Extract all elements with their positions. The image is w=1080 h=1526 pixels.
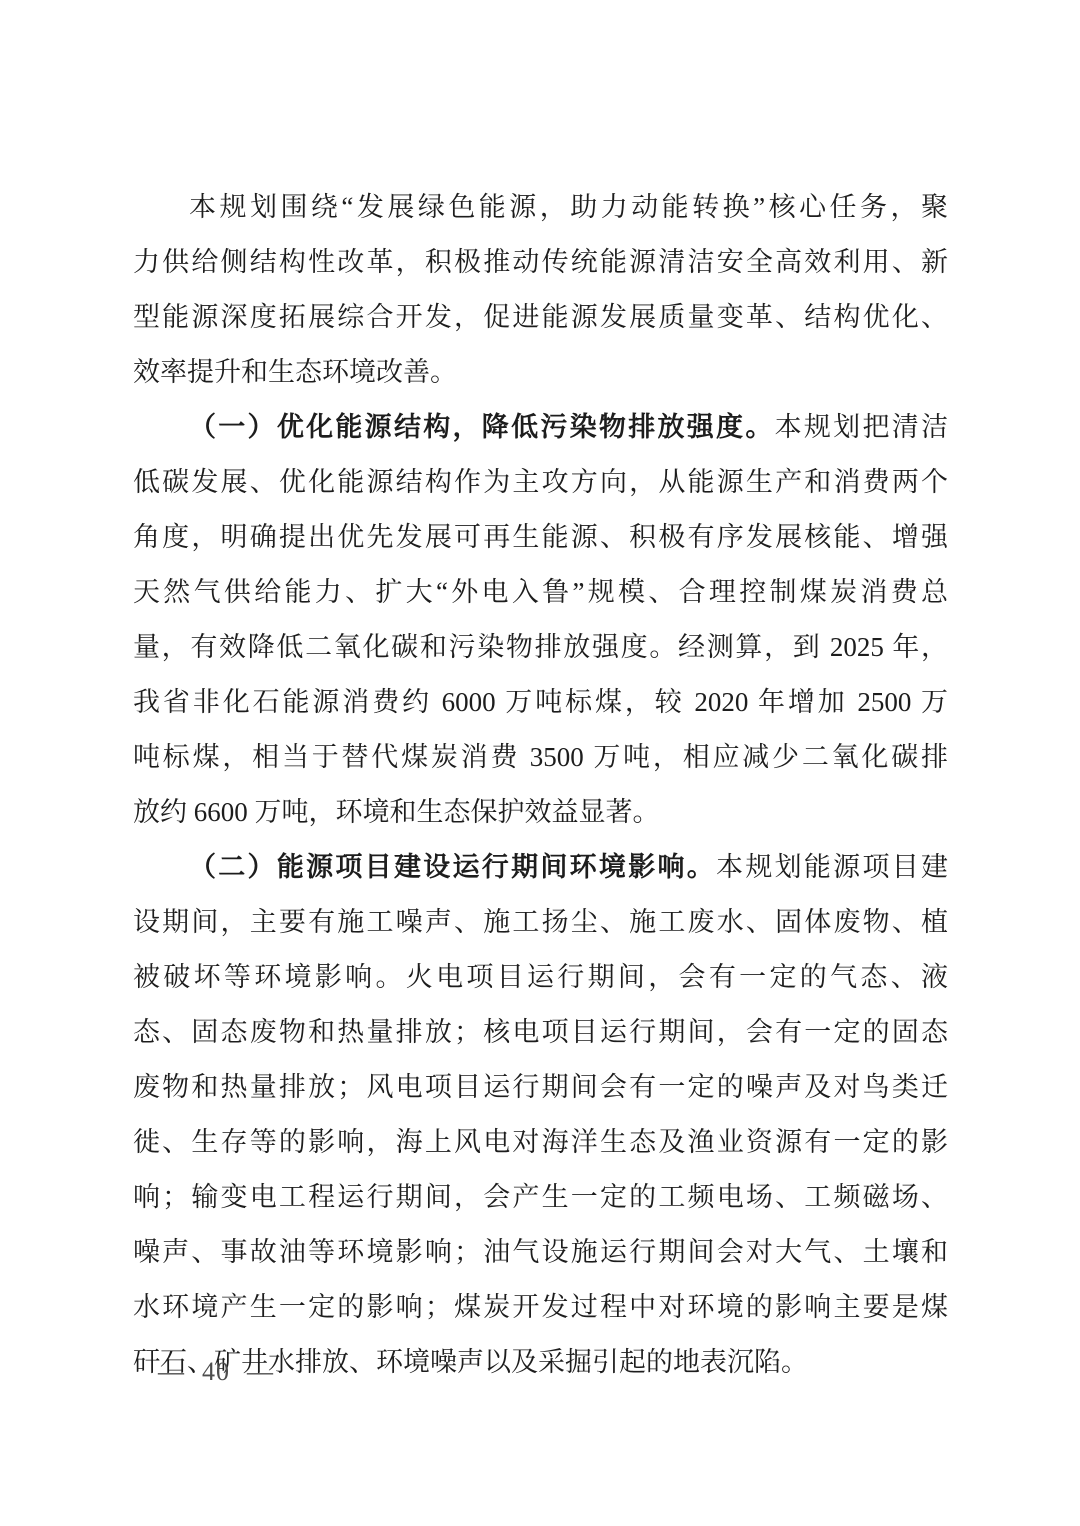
section-heading-line: （二）能源项目建设运行期间环境影响。本规划能源项目建 (133, 840, 948, 895)
text-line: 本规划围绕“发展绿色能源，助力动能转换”核心任务，聚 (133, 180, 948, 235)
text-line: 被破坏等环境影响。火电项目运行期间，会有一定的气态、液 (133, 950, 948, 1005)
line-text: 设期间，主要有施工噪声、施工扬尘、施工废水、固体废物、植 (133, 907, 948, 937)
text-line: 型能源深度拓展综合开发，促进能源发展质量变革、结构优化、 (133, 290, 948, 345)
text-line: 徙、生存等的影响，海上风电对海洋生态及渔业资源有一定的影 (133, 1115, 948, 1170)
line-text: 角度，明确提出优先发展可再生能源、积极有序发展核能、增强 (133, 522, 948, 552)
page-footer: —40— (158, 1352, 274, 1392)
line-text: 型能源深度拓展综合开发，促进能源发展质量变革、结构优化、 (133, 302, 948, 332)
text-line: 量，有效降低二氧化碳和污染物排放强度。经测算，到 2025 年， (133, 620, 948, 675)
document-page: 本规划围绕“发展绿色能源，助力动能转换”核心任务，聚 力供给侧结构性改革，积极推… (0, 0, 1080, 1526)
line-text: 被破坏等环境影响。火电项目运行期间，会有一定的气态、液 (133, 962, 948, 992)
footer-dash-right: — (247, 1357, 274, 1386)
page-number: 40 (202, 1357, 230, 1386)
line-text: 低碳发展、优化能源结构作为主攻方向，从能源生产和消费两个 (133, 467, 948, 497)
line-text: 我省非化石能源消费约 6000 万吨标煤，较 2020 年增加 2500 万 (133, 687, 948, 717)
text-line: 水环境产生一定的影响；煤炭开发过程中对环境的影响主要是煤 (133, 1280, 948, 1335)
line-text: 响；输变电工程运行期间，会产生一定的工频电场、工频磁场、 (133, 1182, 948, 1212)
body-text: 本规划围绕“发展绿色能源，助力动能转换”核心任务，聚 力供给侧结构性改革，积极推… (133, 180, 948, 1390)
text-line: 吨标煤，相当于替代煤炭消费 3500 万吨，相应减少二氧化碳排 (133, 730, 948, 785)
line-text: 效率提升和生态环境改善。 (133, 357, 457, 387)
line-text: 吨标煤，相当于替代煤炭消费 3500 万吨，相应减少二氧化碳排 (133, 742, 948, 772)
line-text: 本规划能源项目建 (716, 852, 948, 882)
text-line: 噪声、事故油等环境影响；油气设施运行期间会对大气、土壤和 (133, 1225, 948, 1280)
text-line: 低碳发展、优化能源结构作为主攻方向，从能源生产和消费两个 (133, 455, 948, 510)
line-text: 放约 6600 万吨，环境和生态保护效益显著。 (133, 797, 660, 827)
line-text: 力供给侧结构性改革，积极推动传统能源清洁安全高效利用、新 (133, 247, 948, 277)
line-text: 噪声、事故油等环境影响；油气设施运行期间会对大气、土壤和 (133, 1237, 948, 1267)
section-2-heading: （二）能源项目建设运行期间环境影响。 (189, 852, 716, 882)
text-line: 设期间，主要有施工噪声、施工扬尘、施工废水、固体废物、植 (133, 895, 948, 950)
line-text: 徙、生存等的影响，海上风电对海洋生态及渔业资源有一定的影 (133, 1127, 948, 1157)
text-line: 天然气供给能力、扩大“外电入鲁”规模、合理控制煤炭消费总 (133, 565, 948, 620)
footer-dash-left: — (158, 1357, 185, 1386)
text-line: 废物和热量排放；风电项目运行期间会有一定的噪声及对鸟类迁 (133, 1060, 948, 1115)
text-line: 响；输变电工程运行期间，会产生一定的工频电场、工频磁场、 (133, 1170, 948, 1225)
text-line: 态、固态废物和热量排放；核电项目运行期间，会有一定的固态 (133, 1005, 948, 1060)
section-heading-line: （一）优化能源结构，降低污染物排放强度。本规划把清洁 (133, 400, 948, 455)
line-text: 量，有效降低二氧化碳和污染物排放强度。经测算，到 2025 年， (133, 632, 948, 662)
line-text: 水环境产生一定的影响；煤炭开发过程中对环境的影响主要是煤 (133, 1292, 948, 1322)
line-text: 态、固态废物和热量排放；核电项目运行期间，会有一定的固态 (133, 1017, 948, 1047)
line-text: 本规划围绕“发展绿色能源，助力动能转换”核心任务，聚 (189, 192, 948, 222)
text-line: 力供给侧结构性改革，积极推动传统能源清洁安全高效利用、新 (133, 235, 948, 290)
line-text: 本规划把清洁 (775, 412, 948, 442)
text-line: 放约 6600 万吨，环境和生态保护效益显著。 (133, 785, 948, 840)
text-line: 效率提升和生态环境改善。 (133, 345, 948, 400)
text-line: 角度，明确提出优先发展可再生能源、积极有序发展核能、增强 (133, 510, 948, 565)
text-line: 我省非化石能源消费约 6000 万吨标煤，较 2020 年增加 2500 万 (133, 675, 948, 730)
section-1-heading: （一）优化能源结构，降低污染物排放强度。 (189, 412, 775, 442)
line-text: 天然气供给能力、扩大“外电入鲁”规模、合理控制煤炭消费总 (133, 577, 948, 607)
line-text: 废物和热量排放；风电项目运行期间会有一定的噪声及对鸟类迁 (133, 1072, 948, 1102)
